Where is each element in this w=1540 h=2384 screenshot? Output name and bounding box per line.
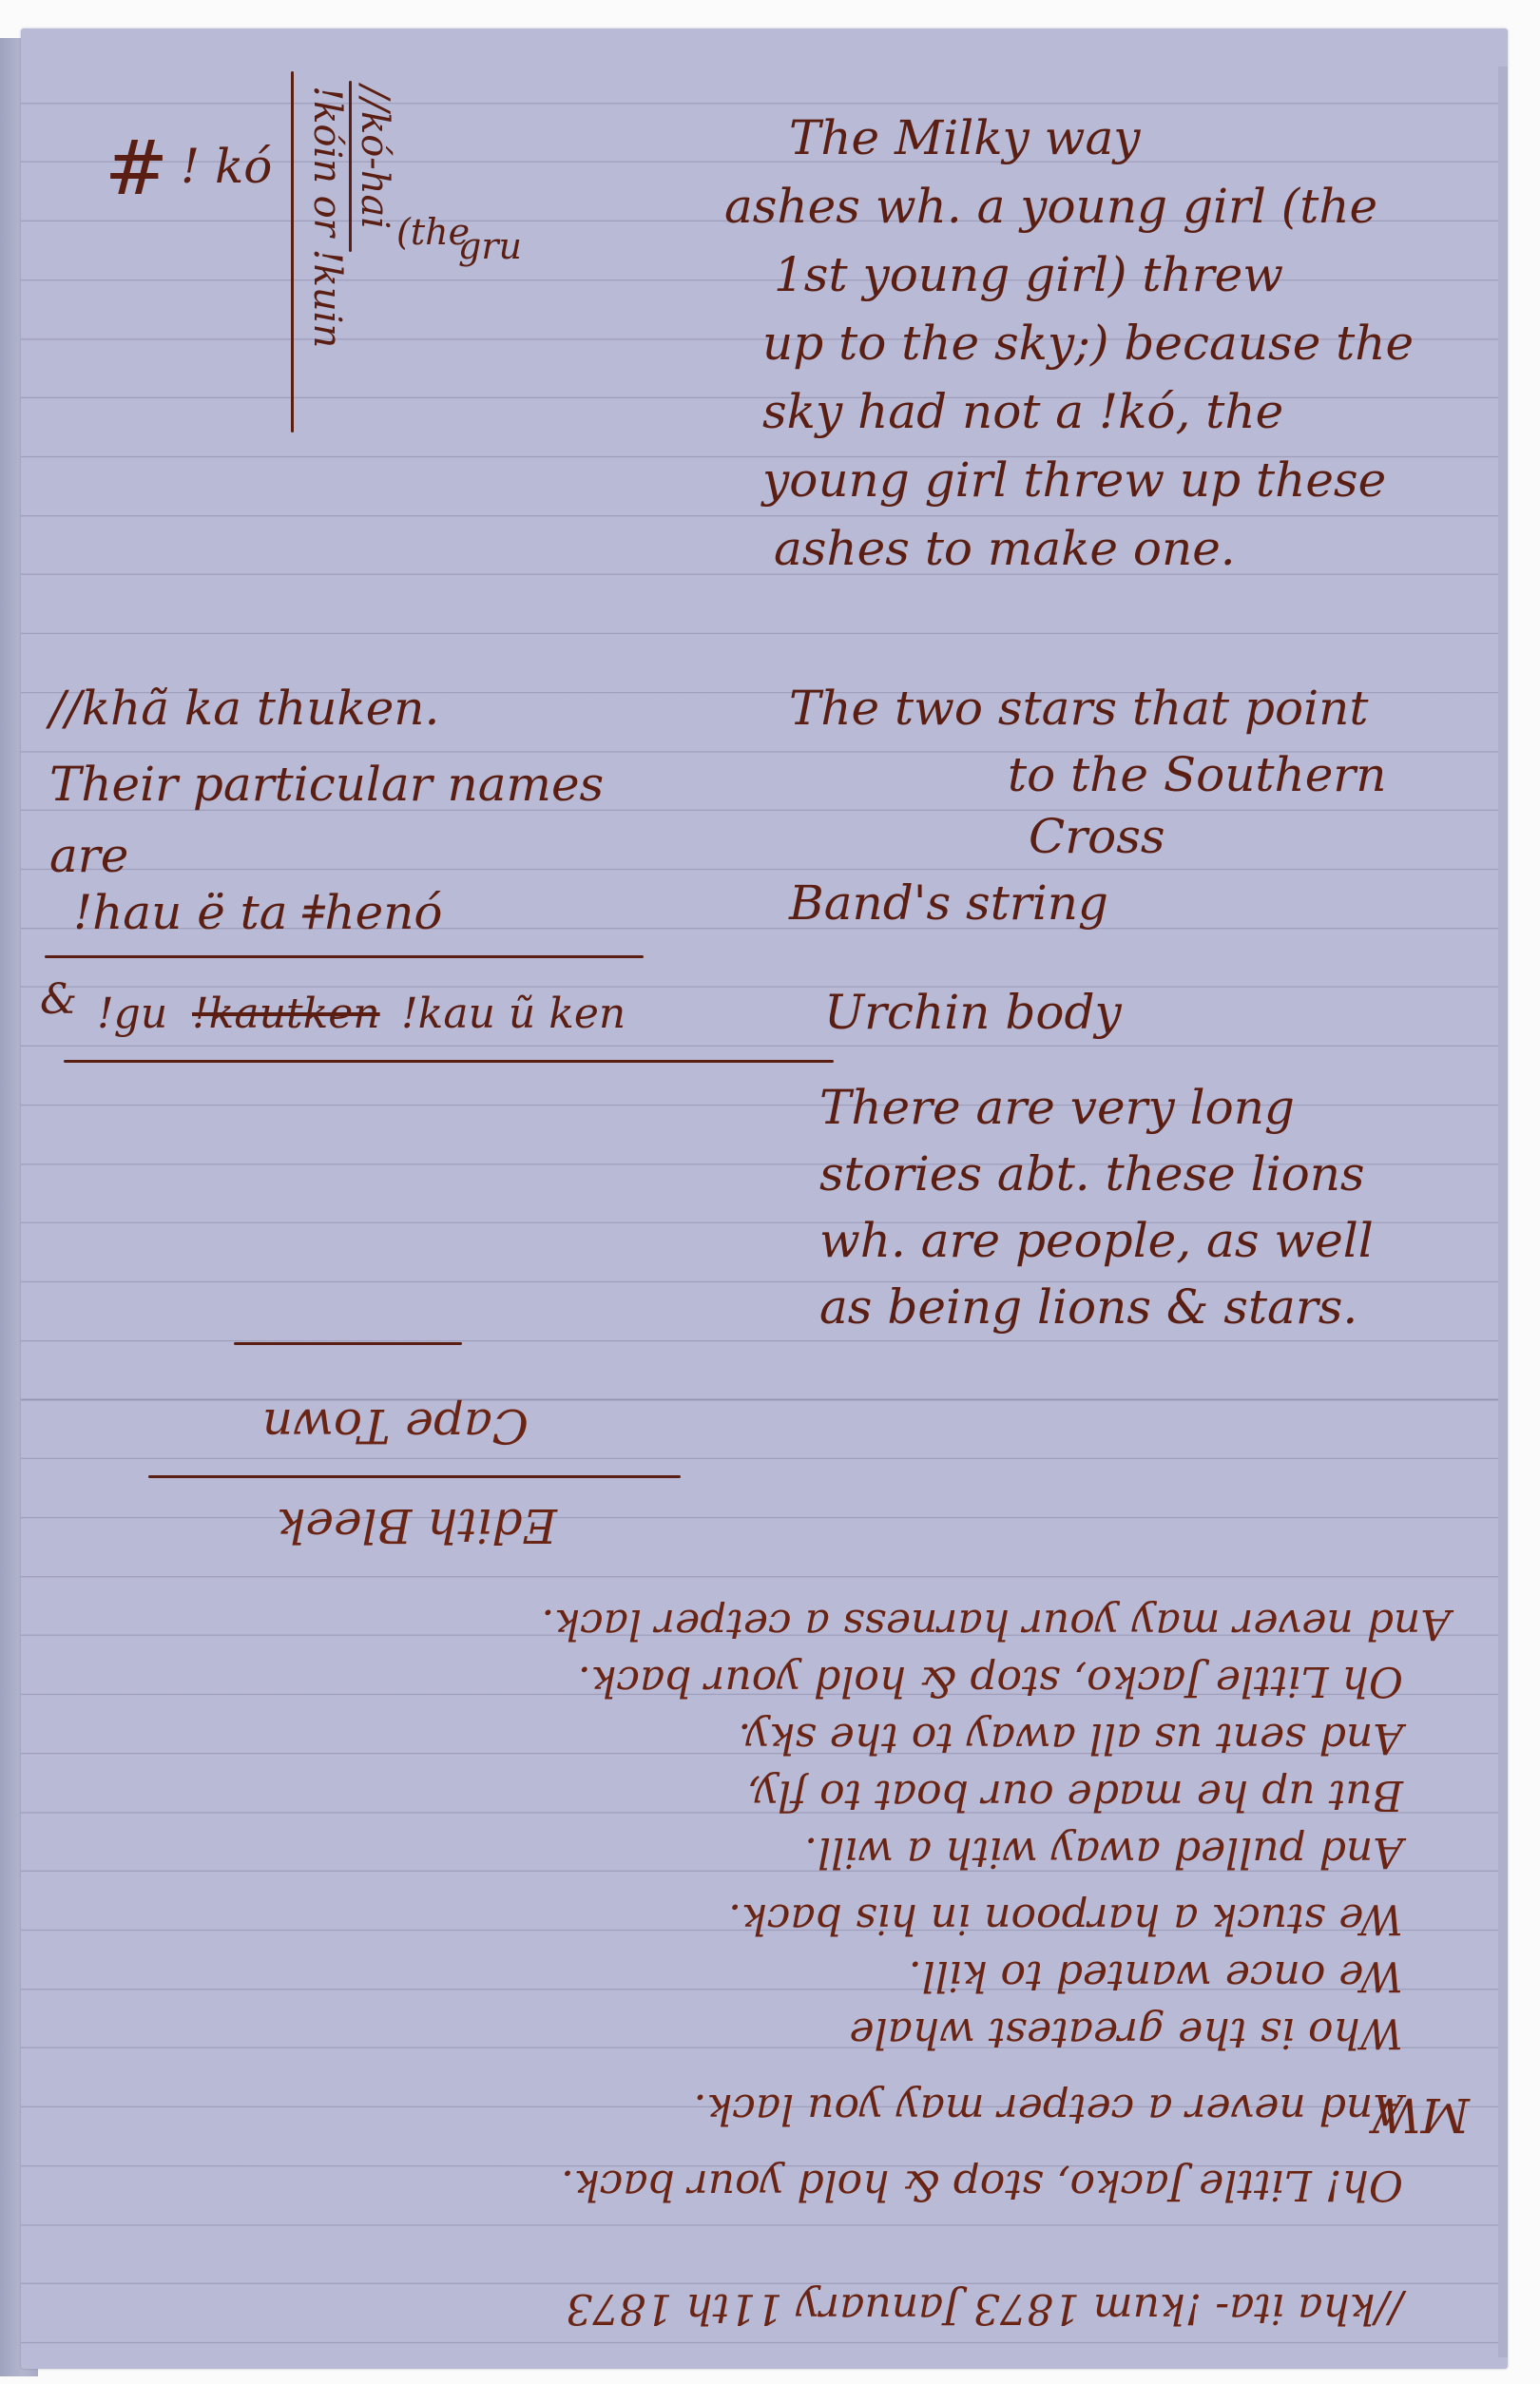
footer-date-line: //kha ita- !kum 1873 January 11th 1873 bbox=[566, 2287, 1403, 2329]
signature: Edith Bleek bbox=[277, 1502, 557, 1549]
name-2-gloss: Urchin body bbox=[824, 989, 1122, 1036]
milky-way-line: young girl threw up these bbox=[762, 456, 1386, 504]
poem-line: Who is the greatest whale bbox=[849, 2011, 1403, 2053]
poem-line: And never may your harness a cetper lack… bbox=[541, 1603, 1451, 1644]
star-name-2: !kau ũ ken bbox=[401, 993, 626, 1035]
poem-line: But up he made our boat to fly, bbox=[747, 1774, 1403, 1816]
margin-underline bbox=[349, 81, 352, 252]
milky-way-line: 1st young girl) threw bbox=[774, 251, 1283, 298]
star-name-2-struck: !kautken bbox=[192, 993, 380, 1035]
underline-name-2 bbox=[64, 1060, 834, 1063]
poem-line: And sent us all away to the sky. bbox=[738, 1717, 1403, 1759]
poem-line: And pulled away with a will. bbox=[804, 1831, 1403, 1873]
milky-way-line: ashes to make one. bbox=[774, 525, 1236, 572]
underline-name-1 bbox=[45, 955, 644, 958]
margin-initials: MW bbox=[1372, 2091, 1470, 2139]
milky-way-note-word: gru bbox=[458, 228, 522, 264]
name-1-gloss: Band's string bbox=[789, 879, 1108, 927]
upside-down-section: //kha ita- !kum 1873 January 11th 1873 O… bbox=[21, 1226, 1508, 2367]
hash-mark: # bbox=[105, 124, 168, 212]
left-line-2: Their particular names bbox=[49, 760, 604, 808]
milky-way-line: sky had not a !kó, the bbox=[762, 388, 1283, 435]
two-stars-line: to the Southern bbox=[1008, 751, 1386, 798]
place-rule bbox=[234, 1342, 462, 1345]
heading-word: ! kó bbox=[181, 143, 272, 190]
left-line-3: are bbox=[49, 832, 128, 879]
poem-line: We stuck a harpoon in his back. bbox=[728, 1897, 1403, 1939]
margin-divider bbox=[291, 71, 294, 433]
signature-rule bbox=[148, 1475, 681, 1478]
poem-line: Oh! Little Jacko, stop & hold your back. bbox=[561, 2163, 1403, 2205]
margin-vertical-line1: //kó-hai bbox=[353, 86, 396, 229]
milky-way-line: up to the sky;) because the bbox=[762, 319, 1414, 367]
two-stars-line: Cross bbox=[1029, 813, 1165, 860]
star-name-2-prefix: !gu bbox=[97, 993, 167, 1035]
milky-way-line: ashes wh. a young girl (the bbox=[724, 183, 1377, 230]
left-line-1: //khã ka thuken. bbox=[49, 684, 439, 732]
milky-way-line: The Milky way bbox=[789, 114, 1141, 162]
poem-line: And never a cetper may you lack. bbox=[694, 2087, 1403, 2129]
poem-line: We once wanted to kill. bbox=[909, 1954, 1403, 1996]
two-stars-line: The two stars that point bbox=[789, 684, 1368, 732]
margin-vertical-line2: !kóin or !kuin bbox=[305, 86, 349, 348]
stories-line: There are very long bbox=[819, 1084, 1295, 1131]
place-line: Cape Town bbox=[262, 1402, 529, 1450]
poem-line: Oh Little Jacko, stop & hold your back. bbox=[578, 1660, 1403, 1701]
star-name-1: !hau ë ta ǂhenó bbox=[73, 889, 443, 936]
stories-line: stories abt. these lions bbox=[819, 1150, 1365, 1198]
ampersand: & bbox=[40, 979, 77, 1021]
